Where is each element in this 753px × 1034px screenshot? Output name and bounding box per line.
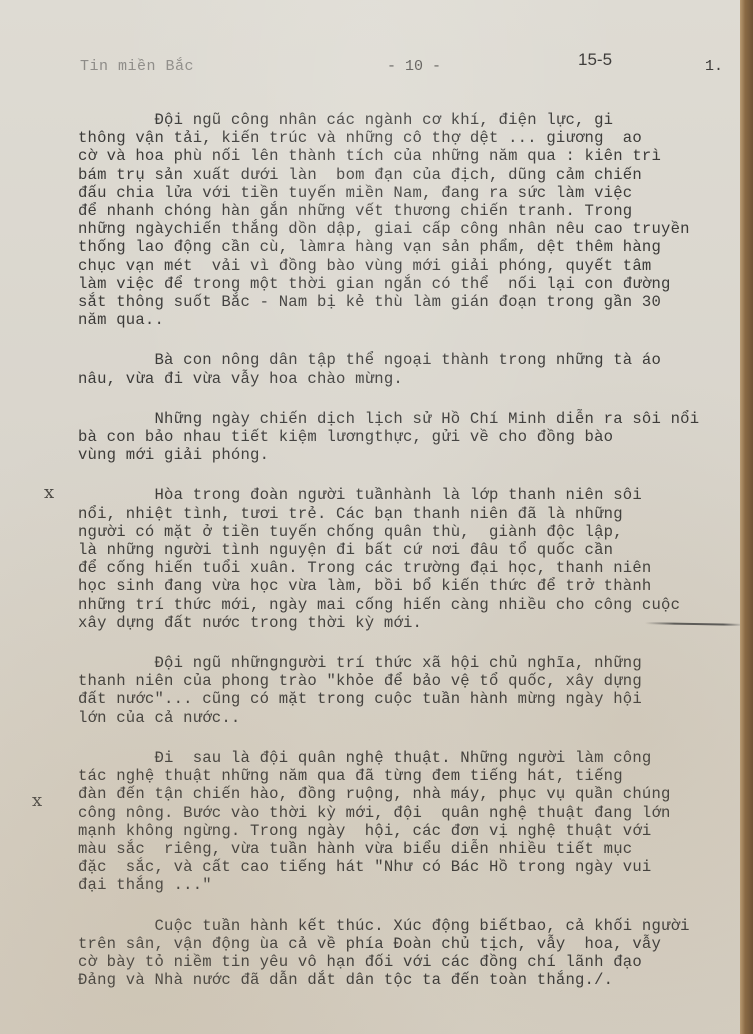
text-line: thông vận tải, kiến trúc và những cô thợ…	[78, 129, 753, 147]
text-line: Đội ngũ công nhân các ngành cơ khí, điện…	[78, 111, 753, 129]
text-line: những ngàychiến thắng dồn dập, giai cấp …	[78, 220, 753, 238]
paragraph-conclusion: Cuộc tuần hành kết thúc. Xúc động biếtba…	[78, 917, 753, 990]
text-line: cờ và hoa phù nối lên thành tích của nhữ…	[78, 147, 753, 165]
text-line: chục vạn mét vải vì đồng bào vùng mới gi…	[78, 257, 753, 275]
margin-mark-x: x	[32, 790, 42, 811]
text-line: bám trụ sản xuất dưới làn bom đạn của đị…	[78, 166, 753, 184]
text-line: Đội ngũ nhữngngười trí thức xã hội chủ n…	[78, 654, 753, 672]
text-line: đặc sắc, và cất cao tiếng hát "Như có Bá…	[78, 858, 753, 876]
typewritten-page: Tin miền Bắc - 10 - 15-5 1. Đội ngũ công…	[0, 0, 740, 1034]
header-source: Tin miền Bắc	[80, 58, 194, 75]
document-body: Đội ngũ công nhân các ngành cơ khí, điện…	[78, 111, 753, 1011]
paragraph-artists: Đi sau là đội quân nghệ thuật. Những ngư…	[78, 749, 753, 895]
margin-mark-x: x	[44, 482, 54, 503]
paragraph-youth: Hòa trong đoàn người tuầnhành là lớp tha…	[78, 486, 753, 632]
text-line: mạnh không ngừng. Trong ngày hội, các đơ…	[78, 822, 753, 840]
text-line: công nông. Bước vào thời kỳ mới, đội quâ…	[78, 804, 753, 822]
text-line: để cống hiến tuổi xuân. Trong các trường…	[78, 559, 753, 577]
text-line: tác nghệ thuật những năm qua đã từng đem…	[78, 767, 753, 785]
paragraph-farmers: Bà con nông dân tập thể ngoại thành tron…	[78, 351, 753, 387]
text-line: màu sắc riêng, vừa tuần hành vừa biểu di…	[78, 840, 753, 858]
header-sheet-number: 1.	[705, 58, 723, 75]
paragraph-campaign: Những ngày chiến dịch lịch sử Hồ Chí Min…	[78, 410, 753, 465]
text-line: để nhanh chóng hàn gắn những vết thương …	[78, 202, 753, 220]
text-line: đấu chia lửa với tiền tuyến miền Nam, đa…	[78, 184, 753, 202]
text-line: thống lao động cần cù, làmra hàng vạn sả…	[78, 238, 753, 256]
text-line: đại thắng ..."	[78, 876, 753, 894]
text-line: Đi sau là đội quân nghệ thuật. Những ngư…	[78, 749, 753, 767]
text-line: bà con bảo nhau tiết kiệm lươngthực, gửi…	[78, 428, 753, 446]
page-edge-binding	[740, 0, 753, 1034]
text-line: Đảng và Nhà nước đã dẫn dắt dân tộc ta đ…	[78, 971, 753, 989]
text-line: cờ bày tỏ niềm tin yêu vô hạn đối với cá…	[78, 953, 753, 971]
text-line: lớn của cả nước..	[78, 709, 753, 727]
page-number: - 10 -	[387, 58, 441, 75]
header-date: 15-5	[578, 50, 612, 70]
text-line: vùng mới giải phóng.	[78, 446, 753, 464]
text-line: đất nước"... cũng có mặt trong cuộc tuần…	[78, 690, 753, 708]
text-line: làm việc để trong một thời gian ngắn có …	[78, 275, 753, 293]
text-line: Cuộc tuần hành kết thúc. Xúc động biếtba…	[78, 917, 753, 935]
text-line: là những người tình nguyện đi bất cứ nơi…	[78, 541, 753, 559]
text-line: Hòa trong đoàn người tuầnhành là lớp tha…	[78, 486, 753, 504]
text-line: người có mặt ở tiền tuyến chống quân thù…	[78, 523, 753, 541]
text-line: thanh niên của phong trào "khỏe để bảo v…	[78, 672, 753, 690]
text-line: trên sân, vận động ùa cả về phía Đoàn ch…	[78, 935, 753, 953]
text-line: nổi, nhiệt tình, tươi trẻ. Các bạn thanh…	[78, 505, 753, 523]
paragraph-intellectuals: Đội ngũ nhữngngười trí thức xã hội chủ n…	[78, 654, 753, 727]
page-header: Tin miền Bắc - 10 - 15-5 1.	[80, 56, 720, 76]
text-line: Bà con nông dân tập thể ngoại thành tron…	[78, 351, 753, 369]
text-line: sắt thông suốt Bắc - Nam bị kẻ thù làm g…	[78, 293, 753, 311]
text-line: đàn đến tận chiến hào, đồng ruộng, nhà m…	[78, 785, 753, 803]
text-line: học sinh đang vừa học vừa làm, bồi bổ ki…	[78, 577, 753, 595]
text-line: năm qua..	[78, 311, 753, 329]
paragraph-workers: Đội ngũ công nhân các ngành cơ khí, điện…	[78, 111, 753, 329]
text-line: Những ngày chiến dịch lịch sử Hồ Chí Min…	[78, 410, 753, 428]
text-line: nâu, vừa đi vừa vẫy hoa chào mừng.	[78, 370, 753, 388]
text-line: những trí thức mới, ngày mai cống hiến c…	[78, 596, 753, 614]
